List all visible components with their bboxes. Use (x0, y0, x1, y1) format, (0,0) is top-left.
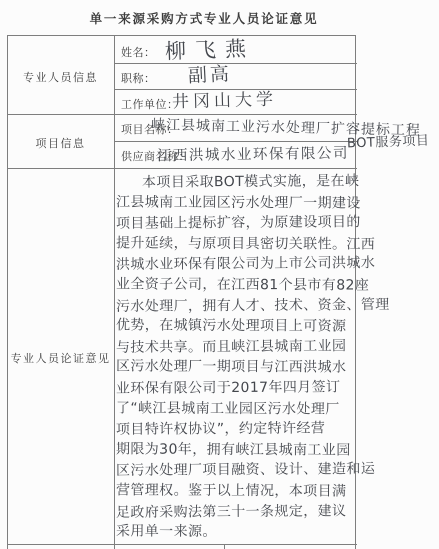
opinion-line: 优势，在城镇污水处理项目上可资源 (116, 316, 362, 338)
section-label-professional-info: 专业人员信息 (8, 69, 113, 85)
row-divider (114, 141, 357, 142)
section-label-opinion: 专业人员论证意见 (8, 350, 113, 366)
opinion-line: 项目基础上提标扩容，为原建设项目的 (116, 212, 362, 234)
opinion-line: 期限为30年，拥有峡江县城南工业园 (116, 439, 362, 461)
bottom-row-divider (224, 544, 225, 549)
column-divider (114, 36, 115, 544)
handwritten-name: 柳飞燕 (165, 38, 256, 62)
opinion-line: 项目特许权协议”，约定特许经营 (116, 418, 362, 440)
field-label-work-unit: 工作单位： (121, 96, 179, 112)
opinion-line: 污水处理厂，拥有人才、技术、资金、管理 (116, 295, 362, 317)
section-label-project-info: 项目信息 (8, 135, 113, 151)
opinion-line: 区污水处理厂项目融资、设计、建造和运 (116, 459, 362, 481)
opinion-line: 江县城南工业园区污水处理厂一期建设 (116, 192, 362, 214)
bottom-row-divider (114, 544, 115, 549)
field-label-name: 姓名： (121, 44, 156, 60)
handwritten-job-title: 副高 (188, 65, 233, 86)
scanned-form-page: 单一来源采购方式专业人员论证意见 专业人员信息 项目信息 专业人员论证意见 姓名… (0, 0, 439, 549)
opinion-line: 洪城水业环保有限公司为上市公司洪城水 (116, 254, 362, 276)
opinion-line: 业环保有限公司于2017年四月签订 (116, 377, 362, 399)
opinion-line: 了“峡江县城南工业园区污水处理厂 (116, 398, 362, 420)
opinion-line: 与技术共享。而且峡江县城南工业园 (116, 336, 362, 358)
opinion-line: 提升延续，与原项目具密切关联性。江西 (116, 233, 362, 255)
section-divider (8, 544, 357, 545)
opinion-line: 区污水处理厂一期项目与江西洪城水 (116, 357, 362, 379)
field-label-job-title: 职称： (121, 70, 156, 86)
section-divider (8, 168, 357, 169)
handwritten-work-unit: 井冈山大学 (172, 92, 277, 112)
opinion-line: 足政府采购法第三十一条规定，建议 (116, 501, 362, 523)
page-title: 单一来源采购方式专业人员论证意见 (8, 9, 400, 27)
opinion-line: 业全资子公司，在江西81个县市有82座 (116, 274, 362, 296)
handwritten-project-name-line2: BOT服务项目 (347, 135, 430, 151)
handwritten-opinion-text: 本项目采取BOT模式实施，是在峡 江县城南工业园区污水处理厂一期建设 项目基础上… (116, 172, 362, 543)
handwritten-supplier-name: 江西洪城水业环保有限公司 (157, 147, 349, 164)
opinion-line: 本项目采取BOT模式实施，是在峡 (116, 171, 362, 193)
opinion-line: 营管理权。鉴于以上情况，本项目满 (116, 480, 362, 502)
opinion-line: 采用单一来源。 (116, 521, 362, 543)
row-divider (114, 63, 357, 64)
section-divider (8, 114, 357, 115)
